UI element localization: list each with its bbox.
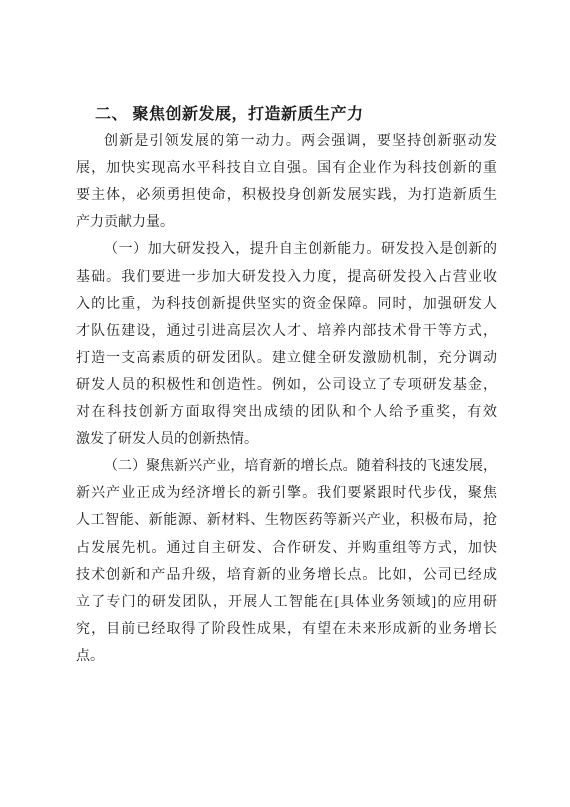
text-line: 才队伍建设，通过引进高层次人才、培养内部技术骨干等方式， bbox=[76, 318, 497, 345]
section-heading: 二、 聚焦创新发展，打造新质生产力 bbox=[76, 101, 497, 128]
text-line: 研发人员的积极性和创造性。例如，公司设立了专项研发基金， bbox=[76, 372, 497, 399]
text-line: 新兴产业正成为经济增长的新引擎。我们要紧跟时代步伐，聚焦 bbox=[76, 480, 497, 507]
paragraph: 创新是引领发展的第一动力。两会强调，要坚持创新驱动发展，加快实现高水平科技自立自… bbox=[76, 128, 497, 236]
document-text-block: 二、 聚焦创新发展，打造新质生产力 创新是引领发展的第一动力。两会强调，要坚持创… bbox=[76, 101, 497, 670]
text-line: 产力贡献力量。 bbox=[76, 209, 497, 236]
text-line: 点。 bbox=[76, 643, 497, 670]
text-line: 人工智能、新能源、新材料、生物医药等新兴产业，积极布局，抢 bbox=[76, 507, 497, 534]
text-line: （一）加大研发投入，提升自主创新能力。研发投入是创新的 bbox=[76, 236, 497, 263]
text-line: 激发了研发人员的创新热情。 bbox=[76, 426, 497, 453]
text-line: 基础。我们要进一步加大研发投入力度，提高研发投入占营业收 bbox=[76, 264, 497, 291]
text-line: 展，加快实现高水平科技自立自强。国有企业作为科技创新的重 bbox=[76, 155, 497, 182]
text-line: 要主体，必须勇担使命，积极投身创新发展实践，为打造新质生 bbox=[76, 182, 497, 209]
text-line: 技术创新和产品升级，培育新的业务增长点。比如，公司已经成 bbox=[76, 562, 497, 589]
text-line: （二）聚焦新兴产业，培育新的增长点。随着科技的飞速发展， bbox=[76, 453, 497, 480]
text-line: 究，目前已经取得了阶段性成果，有望在未来形成新的业务增长 bbox=[76, 616, 497, 643]
text-line: 立了专门的研发团队，开展人工智能在[具体业务领域]的应用研 bbox=[76, 589, 497, 616]
text-line: 打造一支高素质的研发团队。建立健全研发激励机制，充分调动 bbox=[76, 345, 497, 372]
document-page: 二、 聚焦创新发展，打造新质生产力 创新是引领发展的第一动力。两会强调，要坚持创… bbox=[0, 0, 570, 807]
text-line: 对在科技创新方面取得突出成绩的团队和个人给予重奖，有效 bbox=[76, 399, 497, 426]
text-line: 入的比重，为科技创新提供坚实的资金保障。同时，加强研发人 bbox=[76, 291, 497, 318]
document-body: 创新是引领发展的第一动力。两会强调，要坚持创新驱动发展，加快实现高水平科技自立自… bbox=[76, 128, 497, 670]
text-line: 占发展先机。通过自主研发、合作研发、并购重组等方式，加快 bbox=[76, 535, 497, 562]
paragraph: （二）聚焦新兴产业，培育新的增长点。随着科技的飞速发展，新兴产业正成为经济增长的… bbox=[76, 453, 497, 670]
paragraph: （一）加大研发投入，提升自主创新能力。研发投入是创新的基础。我们要进一步加大研发… bbox=[76, 236, 497, 453]
text-line: 创新是引领发展的第一动力。两会强调，要坚持创新驱动发 bbox=[76, 128, 497, 155]
